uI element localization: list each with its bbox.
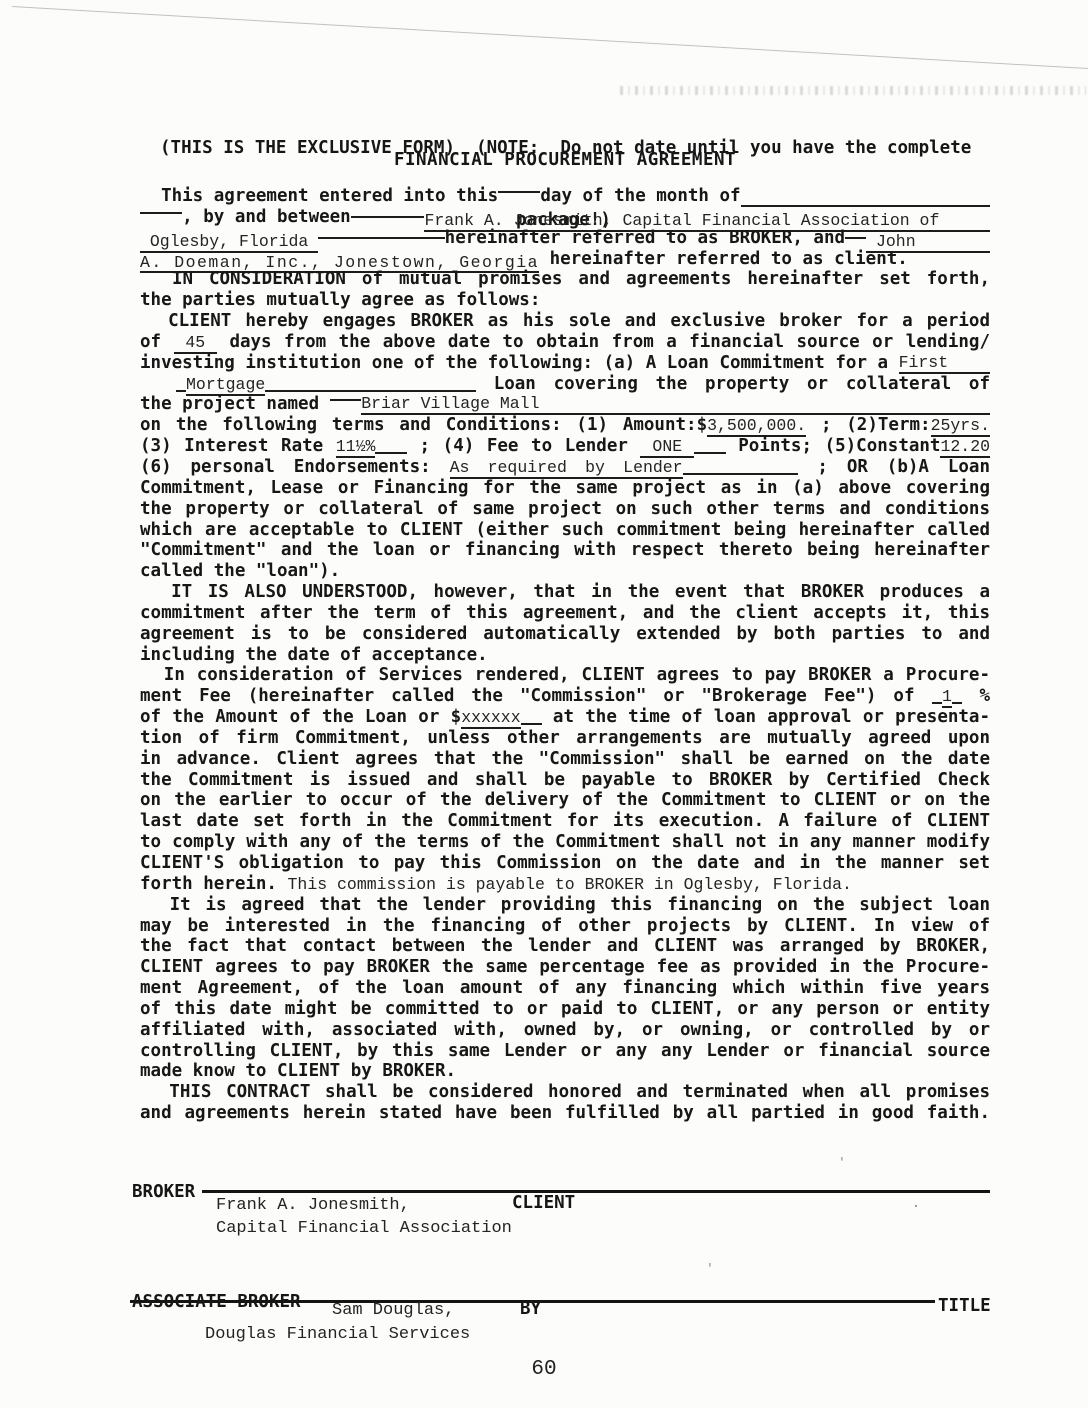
fill-in-value: 25yrs. (931, 416, 990, 437)
form-text: affiliated with, associated with, owned … (140, 1020, 990, 1040)
document-line: Oglesby, Florida hereinafter referred to… (140, 228, 990, 249)
blank-underline (683, 468, 799, 475)
blank-underline (140, 207, 182, 214)
document-line: commitment after the term of this agreem… (140, 603, 990, 624)
form-text: Commitment, Lease or Financing for the s… (140, 478, 990, 498)
associate-broker-signature-company: Douglas Financial Services (205, 1325, 470, 1344)
form-text: including the date of acceptance. (140, 645, 488, 665)
form-text: may be interested in the financing of ot… (140, 916, 990, 936)
agreement-body: This agreement entered into thisday of t… (140, 186, 990, 1124)
document-line: investing institution one of the followi… (140, 353, 990, 374)
document-line: in advance. Client agrees that the "Comm… (140, 749, 990, 770)
associate-broker-signature-name: Sam Douglas, (332, 1301, 454, 1320)
form-text: controlling CLIENT, by this same Lender … (140, 1041, 990, 1061)
fill-in-value: Briar Village Mall (361, 394, 539, 415)
document-line: In consideration of Services rendered, C… (140, 665, 990, 686)
blank-underline (265, 385, 476, 392)
fill-in-value: First (899, 353, 949, 374)
form-text: ment Fee (hereinafter called the "Commis… (140, 686, 932, 706)
form-text: and agreements herein stated have been f… (140, 1103, 990, 1123)
document-line: , by and betweenFrank A. Jonesmith, Capi… (140, 207, 990, 228)
fill-in-value: 3,500,000. (707, 416, 806, 437)
document-line: agreement is to be considered automatica… (140, 624, 990, 645)
document-line: to comply with any of the terms of the C… (140, 832, 990, 853)
blank-underline (498, 186, 540, 193)
document-line: which are acceptable to CLIENT (either s… (140, 520, 990, 541)
document-line: CLIENT'S obligation to pay this Commissi… (140, 853, 990, 874)
document-line: A. Doeman, Inc., Jonestown, Georgia here… (140, 249, 990, 270)
form-text: CLIENT agrees to pay BROKER the same per… (140, 957, 990, 977)
form-text: (6) personal Endorsements: (140, 457, 450, 477)
form-text: ; (4) Fee to Lender (407, 436, 641, 456)
scan-artifact-line (12, 6, 1088, 69)
document-page: ' . ' (THIS IS THE EXCLUSIVE FORM) (NOTE… (0, 0, 1088, 1408)
form-text: ment Agreement, of the loan amount of an… (140, 978, 990, 998)
document-line: last date set forth in the Commitment fo… (140, 811, 990, 832)
document-line: Mortgage Loan covering the property or c… (140, 374, 990, 395)
fill-in-value: As required by Lender (450, 458, 683, 479)
document-line: the project named Briar Village Mall (140, 394, 990, 415)
blank-underline (932, 697, 943, 704)
document-line: ment Agreement, of the loan amount of an… (140, 978, 990, 999)
blank-underline (694, 447, 726, 454)
document-line: the parties mutually agree as follows: (140, 290, 990, 311)
form-text: of (140, 332, 174, 352)
document-line: IT IS ALSO UNDERSTOOD, however, that in … (140, 582, 990, 603)
form-text: at the time of loan approval or presenta… (542, 707, 990, 727)
broker-label: BROKER (132, 1182, 195, 1202)
form-text: % (962, 686, 990, 706)
form-text: , by and between (182, 207, 351, 228)
form-text: on the following terms and Conditions: (… (140, 415, 707, 435)
document-line: (6) personal Endorsements: As required b… (140, 457, 990, 478)
form-text: Loan covering the property or collateral… (476, 374, 990, 394)
document-line: including the date of acceptance. (140, 645, 990, 666)
document-line: ment Fee (hereinafter called the "Commis… (140, 686, 990, 707)
form-text: investing institution one of the followi… (140, 353, 899, 374)
signature-rule (202, 1190, 990, 1193)
form-text: made know to CLIENT by BROKER. (140, 1061, 456, 1081)
page-number: 60 (0, 1358, 1088, 1381)
form-text: on the earlier to occur of the delivery … (140, 790, 990, 810)
document-line: on the following terms and Conditions: (… (140, 415, 990, 436)
form-text: last date set forth in the Commitment fo… (140, 811, 990, 831)
form-text: in advance. Client agrees that the "Comm… (140, 749, 990, 769)
document-title: FINANCIAL PROCUREMENT AGREEMENT (140, 150, 990, 170)
blank-underline (351, 211, 425, 218)
client-label: CLIENT (512, 1193, 575, 1213)
blank-underline (521, 718, 542, 725)
signature-section-broker-client: BROKER CLIENT Frank A. Jonesmith, Capita… (140, 1182, 990, 1252)
form-text: This agreement entered into this (140, 186, 498, 207)
scan-speck: ' (706, 1262, 714, 1277)
form-text (140, 374, 176, 394)
form-text: hereinafter referred to as BROKER, and (445, 228, 845, 249)
form-text: IT IS ALSO UNDERSTOOD, however, that in … (140, 582, 990, 602)
form-text: It is agreed that the lender providing t… (140, 895, 990, 915)
form-text: days from the above date to obtain from … (217, 332, 990, 352)
form-text: hereinafter referred to as client. (539, 249, 908, 270)
document-line: the property or collateral of same proje… (140, 499, 990, 520)
document-line: This agreement entered into thisday of t… (140, 186, 990, 207)
form-text: commitment after the term of this agreem… (140, 603, 990, 623)
document-line: of this date might be committed to or pa… (140, 999, 990, 1020)
form-text: of this date might be committed to or pa… (140, 999, 990, 1019)
document-line: of the Amount of the Loan or $xxxxxx at … (140, 707, 990, 728)
title-label: TITLE (938, 1296, 991, 1316)
blank-underline (318, 232, 444, 239)
document-line: It is agreed that the lender providing t… (140, 895, 990, 916)
form-text: called the "loan"). (140, 561, 340, 581)
document-line: the fact that contact between the lender… (140, 936, 990, 957)
document-line: THIS CONTRACT shall be considered honore… (140, 1082, 990, 1103)
blank-underline (952, 697, 963, 704)
form-text: THIS CONTRACT shall be considered honore… (140, 1082, 990, 1102)
blank-underline (845, 232, 866, 239)
document-line: affiliated with, associated with, owned … (140, 1020, 990, 1041)
form-text: In consideration of Services rendered, C… (140, 665, 990, 685)
form-text: the project named (140, 394, 330, 415)
document-line: on the earlier to occur of the delivery … (140, 790, 990, 811)
form-text: the fact that contact between the lender… (140, 936, 990, 956)
form-text: to comply with any of the terms of the C… (140, 832, 990, 852)
associate-broker-label: ASSOCIATE BROKER (132, 1292, 301, 1312)
blank-underline (176, 385, 187, 392)
document-line: called the "loan"). (140, 561, 990, 582)
document-line: tion of firm Commitment, unless other ar… (140, 728, 990, 749)
form-text: which are acceptable to CLIENT (either s… (140, 520, 990, 540)
fill-in-value: xxxxxx (461, 708, 520, 729)
fill-in-value: Mortgage (186, 375, 265, 396)
document-line: forth herein. This commission is payable… (140, 874, 990, 895)
document-line: the Commitment is issued and shall be pa… (140, 770, 990, 791)
document-line: IN CONSIDERATION of mutual promises and … (140, 269, 990, 290)
blank-underline (948, 353, 990, 374)
blank-underline (741, 186, 990, 207)
fill-in-value: 11½% (336, 437, 376, 458)
form-text: Points; (5)Constant (726, 436, 941, 456)
fill-in-value: ONE (640, 437, 694, 458)
form-text: forth herein. (140, 874, 288, 894)
form-text: tion of firm Commitment, unless other ar… (140, 728, 990, 748)
document-line: of 45 days from the above date to obtain… (140, 332, 990, 353)
by-label: BY (520, 1299, 541, 1319)
document-line: (3) Interest Rate 11½% ; (4) Fee to Lend… (140, 436, 990, 457)
document-line: CLIENT hereby engages BROKER as his sole… (140, 311, 990, 332)
blank-underline (375, 447, 407, 454)
form-text: the Commitment is issued and shall be pa… (140, 770, 990, 790)
blank-underline (330, 394, 362, 401)
form-text: "Commitment" and the loan or financing w… (140, 540, 990, 560)
form-text: ; (2)Term: (806, 415, 930, 435)
broker-signature-company: Capital Financial Association (216, 1219, 512, 1238)
form-text: day of the month of (540, 186, 740, 207)
fill-in-value: 45 (174, 333, 217, 354)
form-text: CLIENT'S obligation to pay this Commissi… (140, 853, 990, 873)
scan-speck: ' (838, 1156, 846, 1171)
fill-in-value: 12.20 (940, 437, 990, 458)
fill-in-value: 1 (942, 687, 952, 708)
form-text: CLIENT hereby engages BROKER as his sole… (140, 311, 990, 331)
form-text: of the Amount of the Loan or $ (140, 707, 461, 727)
document-line: made know to CLIENT by BROKER. (140, 1061, 990, 1082)
broker-signature-name: Frank A. Jonesmith, (216, 1196, 410, 1215)
document-line: CLIENT agrees to pay BROKER the same per… (140, 957, 990, 978)
document-line: "Commitment" and the loan or financing w… (140, 540, 990, 561)
document-line: controlling CLIENT, by this same Lender … (140, 1041, 990, 1062)
form-text: the property or collateral of same proje… (140, 499, 990, 519)
form-text: (3) Interest Rate (140, 436, 336, 456)
document-line: may be interested in the financing of ot… (140, 916, 990, 937)
document-line: Commitment, Lease or Financing for the s… (140, 478, 990, 499)
signature-section-associate-broker: ASSOCIATE BROKER Sam Douglas, BY TITLE D… (140, 1292, 990, 1362)
fill-in-value: This commission is payable to BROKER in … (288, 875, 852, 894)
form-text: agreement is to be considered automatica… (140, 624, 990, 644)
form-text: IN CONSIDERATION of mutual promises and … (140, 269, 990, 289)
document-line: and agreements herein stated have been f… (140, 1103, 990, 1124)
form-text: the parties mutually agree as follows: (140, 290, 540, 310)
form-text: ; OR (b)A Loan (798, 457, 990, 477)
blank-underline (539, 394, 990, 415)
